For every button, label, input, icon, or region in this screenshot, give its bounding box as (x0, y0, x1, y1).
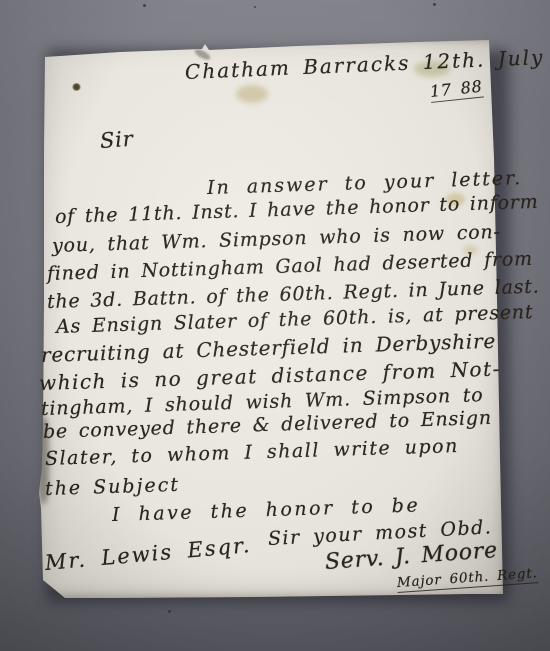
salutation: Sir (99, 127, 134, 153)
valediction-line1: I have the honor to be (112, 494, 421, 526)
signature-rank-underlined: Major 60th. Regt. (396, 565, 538, 593)
addressee: Mr. Lewis Esqr. (44, 533, 252, 575)
photo-of-letter: Chatham Barracks 12th. July 17 88 Sir In… (0, 0, 550, 651)
signature-rank: Major 60th. Regt. (396, 565, 538, 591)
body-line: the Subject (45, 474, 181, 500)
place-dateline: Chatham Barracks 12th. July (184, 45, 544, 84)
letter-text: Chatham Barracks 12th. July 17 88 Sir In… (0, 0, 550, 651)
year-underlined: 17 88 (429, 77, 484, 103)
dateline-year: 17 88 (429, 77, 484, 101)
